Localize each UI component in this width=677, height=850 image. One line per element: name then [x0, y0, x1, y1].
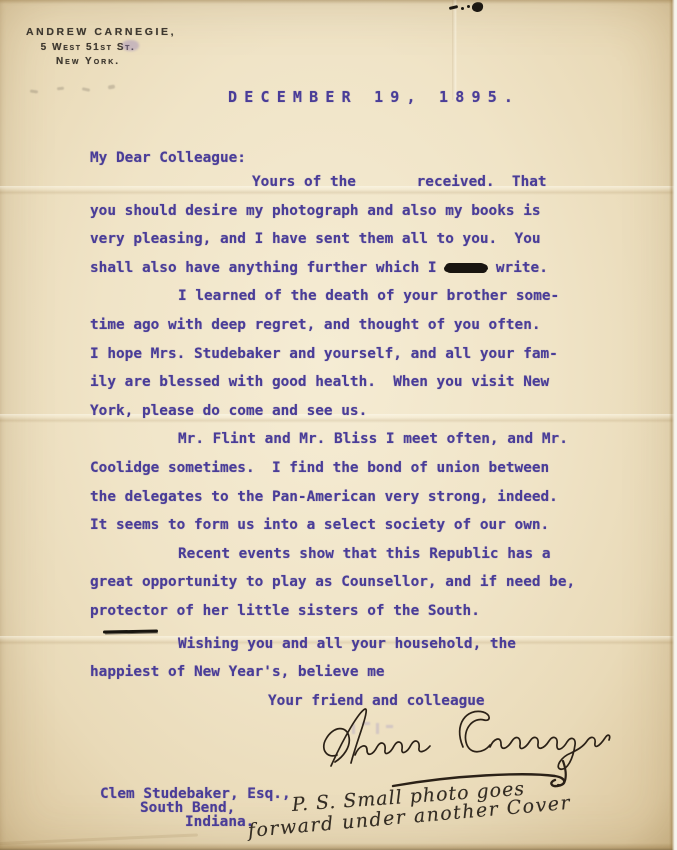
letterhead-name: ANDREW CARNEGIE,: [26, 26, 150, 38]
body-line: the delegates to the Pan-American very s…: [90, 489, 620, 518]
body-line: you should desire my photograph and also…: [90, 203, 620, 232]
date-line: DECEMBER 19, 1895.: [228, 88, 520, 106]
letterhead-city: New York.: [26, 56, 150, 67]
pencil-smudge: [57, 87, 64, 91]
stamp-smudge: [122, 40, 139, 51]
addressee-city: South Bend,: [100, 800, 291, 814]
addressee-name: Clem Studebaker, Esq.,: [100, 786, 291, 800]
body-line: I hope Mrs. Studebaker and yourself, and…: [90, 346, 620, 375]
body-line: time ago with deep regret, and thought o…: [90, 317, 620, 346]
letter-body: Yours of the received. That you should d…: [90, 174, 620, 721]
vertical-fold-crease: [452, 0, 457, 100]
body-line: It seems to form us into a select societ…: [90, 517, 620, 546]
body-line: Mr. Flint and Mr. Bliss I meet often, an…: [90, 431, 620, 460]
scan-edge-bottom: [0, 843, 677, 850]
scan-edge-top: [0, 0, 677, 4]
body-line: very pleasing, and I have sent them all …: [90, 231, 620, 260]
body-line: ily are blessed with good health. When y…: [90, 374, 620, 403]
body-line: I learned of the death of your brother s…: [90, 288, 620, 317]
body-line: protector of her little sisters of the S…: [90, 603, 620, 632]
body-line-text: write.: [487, 260, 548, 276]
body-line: Wishing you and all your household, the: [90, 636, 620, 665]
pencil-smudge: [108, 84, 116, 89]
ink-blot: [461, 7, 464, 10]
body-line: happiest of New Year's, believe me: [90, 664, 620, 693]
ink-blot: [467, 5, 470, 8]
scan-edge-right: [669, 0, 677, 850]
pencil-smudge: [82, 87, 90, 92]
body-line: Coolidge sometimes. I find the bond of u…: [90, 460, 620, 489]
crossed-out-word: [445, 263, 487, 273]
body-line: Yours of the received. That: [90, 174, 620, 203]
salutation: My Dear Colleague:: [90, 150, 246, 166]
body-line: great opportunity to play as Counsellor,…: [90, 574, 620, 603]
body-line: Recent events show that this Republic ha…: [90, 546, 620, 575]
body-line: York, please do come and see us.: [90, 403, 620, 432]
body-line-text: shall also have anything further which I: [90, 260, 445, 276]
pencil-smudge: [30, 89, 38, 93]
body-line: shall also have anything further which I…: [90, 260, 620, 289]
scanned-letter-page: ANDREW CARNEGIE, 5 West 51st St. New Yor…: [0, 0, 677, 850]
